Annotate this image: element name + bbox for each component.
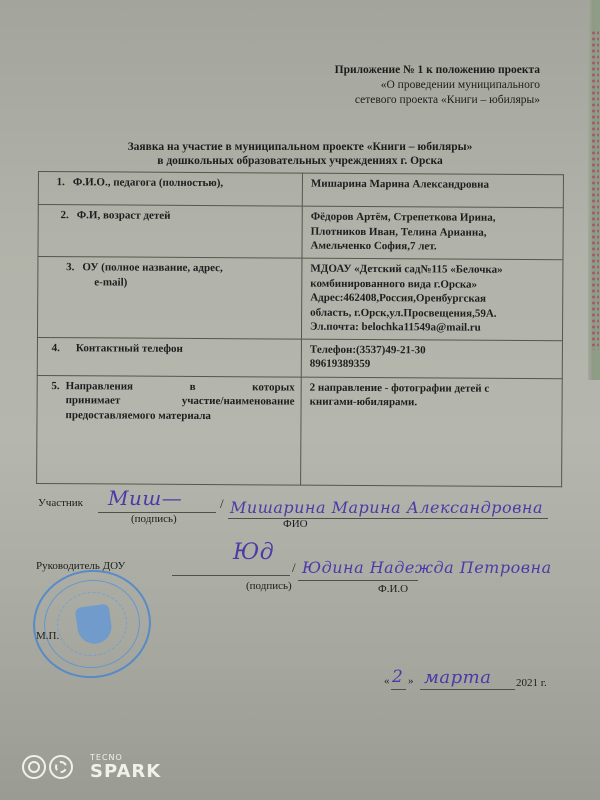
- date-year: 2021 г.: [516, 677, 547, 689]
- participant-label: Участник: [38, 497, 83, 509]
- table-row: 5. Направления в которых принимает участ…: [37, 375, 563, 486]
- row-value: 2 направление - фотографии детей с книга…: [301, 377, 563, 487]
- value-line: область, г.Орск,ул.Просвещения,59А.: [310, 305, 556, 321]
- row-label-text-2: e-mail): [60, 275, 295, 291]
- table-row: 2.Ф.И, возраст детей Фёдоров Артём, Стре…: [38, 205, 563, 260]
- participant-name-line: [228, 518, 548, 519]
- mobile-value: 89619389359: [310, 357, 556, 373]
- row-label: 5. Направления в которых принимает участ…: [37, 375, 302, 485]
- lens-dashed-icon: [49, 755, 73, 779]
- date-open-quote: «: [384, 675, 390, 687]
- row-label-text: Ф.И.О., педагога (полностью),: [73, 176, 223, 189]
- director-signature-caption: (подпись): [246, 580, 292, 592]
- background-fabric: [588, 0, 600, 380]
- director-signature: Юд: [233, 540, 274, 565]
- row-value: Мишарина Марина Александровна: [302, 173, 563, 208]
- stamp-place-label: М.П.: [36, 630, 59, 642]
- brand-bottom: SPARK: [90, 762, 161, 781]
- value-line: комбинированного вида г.Орска»: [310, 276, 556, 292]
- row-number: 1.: [51, 175, 65, 190]
- table-row: 4.Контактный телефон Телефон:(3537)49-21…: [37, 337, 562, 378]
- row-value: Фёдоров Артём, Стрепеткова Ирина, Плотни…: [302, 206, 563, 260]
- row-label-text-2: принимает участие/наименование: [66, 393, 295, 409]
- document-title: Заявка на участие в муниципальном проект…: [90, 140, 510, 168]
- brand-text: TECNO SPARK: [90, 753, 161, 781]
- camera-watermark: TECNO SPARK: [22, 750, 161, 784]
- row-number: 3.: [60, 260, 74, 275]
- row-label-text: Контактный телефон: [76, 342, 183, 355]
- value-line: Плотников Иван, Телина Арианна,: [311, 224, 557, 240]
- annex-line-2: «О проведении муниципального: [335, 78, 540, 93]
- row-number: 2.: [55, 208, 69, 223]
- participant-name-handwritten: Мишарина Марина Александровна: [230, 498, 543, 517]
- annex-header: Приложение № 1 к положению проекта «О пр…: [335, 63, 540, 108]
- participant-separator: /: [220, 496, 224, 512]
- row-label-text: Направления в которых: [66, 379, 295, 395]
- value-line: Мишарина Марина Александровна: [311, 177, 557, 193]
- value-line: 2 направление - фотографии детей с: [310, 380, 556, 396]
- table-row: 1.Ф.И.О., педагога (полностью), Мишарина…: [38, 172, 563, 208]
- director-name-handwritten: Юдина Надежда Петровна: [302, 558, 552, 577]
- date-month-line: [420, 689, 515, 690]
- lens-icon: [22, 755, 46, 779]
- fabric-pattern: [591, 30, 599, 350]
- row-label-text-3: предоставляемого материала: [65, 408, 294, 424]
- annex-line-3: сетевого проекта «Книги – юбиляры»: [335, 93, 540, 108]
- row-label-text: Ф.И, возраст детей: [77, 209, 171, 222]
- title-line-2: в дошкольных образовательных учреждениях…: [90, 154, 510, 168]
- phone-value: Телефон:(3537)49-21-30: [310, 342, 556, 358]
- row-value: Телефон:(3537)49-21-30 89619389359: [301, 339, 562, 379]
- date-close-quote: »: [408, 675, 414, 687]
- value-line: Фёдоров Артём, Стрепеткова Ирина,: [311, 210, 557, 226]
- date-day: 2: [392, 667, 403, 687]
- row-label: 2.Ф.И, возраст детей: [38, 205, 302, 259]
- director-name-caption: Ф.И.О: [378, 583, 408, 595]
- value-line: МДОАУ «Детский сад№115 «Белочка»: [310, 262, 556, 278]
- date-day-line: [391, 689, 406, 690]
- row-label: 4.Контактный телефон: [37, 337, 301, 377]
- director-signature-line: [172, 575, 290, 576]
- director-name-line: [298, 580, 418, 581]
- row-label: 3.ОУ (полное название, адрес, e-mail): [37, 257, 301, 339]
- application-table: 1.Ф.И.О., педагога (полностью), Мишарина…: [36, 171, 564, 487]
- row-number: 5.: [45, 379, 59, 423]
- participant-signature-caption: (подпись): [131, 513, 177, 525]
- title-line-1: Заявка на участие в муниципальном проект…: [90, 140, 510, 154]
- row-value: МДОАУ «Детский сад№115 «Белочка» комбини…: [301, 258, 562, 340]
- table-row: 3.ОУ (полное название, адрес, e-mail) МД…: [37, 257, 562, 341]
- participant-signature: Миш—: [108, 486, 182, 510]
- participant-name-caption: ФИО: [283, 518, 308, 530]
- value-line: Адрес:462408,Россия,Оренбургская: [310, 291, 556, 307]
- row-label-text: ОУ (полное название, адрес,: [82, 261, 222, 274]
- annex-line-1: Приложение № 1 к положению проекта: [335, 63, 540, 78]
- row-label: 1.Ф.И.О., педагога (полностью),: [38, 172, 302, 207]
- date-month: марта: [424, 667, 491, 688]
- email-value: Эл.почта: belochka11549a@mail.ru: [310, 320, 556, 336]
- director-separator: /: [292, 560, 296, 576]
- value-line: Амельченко София,7 лет.: [311, 239, 557, 255]
- value-line: книгами-юбилярами.: [310, 395, 556, 411]
- row-number: 4.: [46, 341, 60, 356]
